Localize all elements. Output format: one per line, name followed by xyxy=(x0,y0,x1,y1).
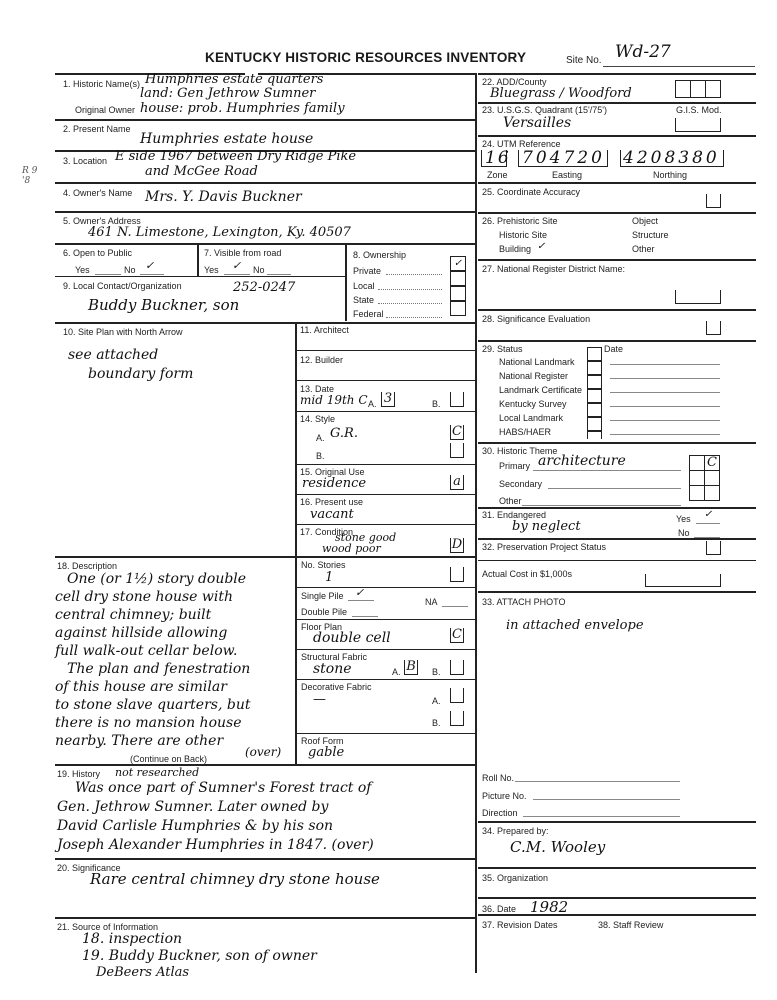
style-a-value[interactable]: G.R. xyxy=(330,426,358,441)
original-owner-line1[interactable]: land: Gen Jethrow Sumner xyxy=(140,86,315,101)
condition-code: D xyxy=(452,537,462,552)
structure-label: Structure xyxy=(632,230,669,240)
endangered-yes-line[interactable] xyxy=(696,523,720,524)
dots xyxy=(386,274,442,275)
history-line: Gen. Jethrow Sumner. Later owned by xyxy=(55,798,475,817)
structural-a-code: B xyxy=(406,659,416,674)
dots xyxy=(386,317,442,318)
local-contact-value[interactable]: Buddy Buckner, son xyxy=(88,296,239,314)
rule xyxy=(478,102,756,104)
theme-primary-line[interactable] xyxy=(533,470,681,471)
decorative-b-code-box[interactable] xyxy=(450,711,464,726)
structural-a-label: A. xyxy=(392,667,401,677)
rule xyxy=(478,507,756,509)
ownership-state-label: State xyxy=(353,295,374,305)
status-date-line[interactable] xyxy=(610,378,720,379)
rule xyxy=(478,867,756,869)
single-pile-label: Single Pile xyxy=(301,591,344,601)
site-plan-line1[interactable]: see attached xyxy=(68,347,158,363)
site-no-label: Site No. xyxy=(566,55,602,66)
object-label: Object xyxy=(632,216,658,226)
direction-line[interactable] xyxy=(523,816,680,817)
open-no-check: ✓ xyxy=(145,259,154,272)
rule xyxy=(296,679,475,680)
rule xyxy=(55,917,475,919)
quadrant-label: 23. U.S.G.S. Quadrant (15'/75') xyxy=(482,105,607,115)
description-text[interactable]: One (or 1½) story double cell dry stone … xyxy=(55,570,295,750)
rule xyxy=(478,182,756,184)
open-yes-label: Yes xyxy=(75,265,90,275)
theme-primary-value[interactable]: architecture xyxy=(538,453,626,469)
theme-code-box[interactable] xyxy=(689,455,705,471)
actual-cost-box[interactable] xyxy=(645,574,721,587)
roll-no-line[interactable] xyxy=(515,781,680,782)
coordinate-accuracy-box[interactable] xyxy=(706,194,721,208)
history-label: 19. History xyxy=(57,769,100,779)
attach-photo-label: 33. ATTACH PHOTO xyxy=(482,597,566,607)
theme-code-box[interactable]: C xyxy=(704,455,720,471)
rule xyxy=(478,897,756,899)
date-a-label: A. xyxy=(368,399,377,409)
description-line: central chimney; built xyxy=(55,606,295,624)
ownership-state-box[interactable] xyxy=(450,286,466,301)
local-contact-label: 9. Local Contact/Organization xyxy=(63,281,182,291)
rule xyxy=(478,821,756,823)
description-line: of this house are similar xyxy=(55,678,295,696)
source-line[interactable]: 19. Buddy Buckner, son of owner xyxy=(82,948,317,964)
open-to-public-label: 6. Open to Public xyxy=(63,248,132,258)
county-code-box[interactable] xyxy=(690,80,706,98)
building-check: ✓ xyxy=(537,241,545,252)
actual-cost-label: Actual Cost in $1,000s xyxy=(482,569,572,579)
date-prepared-label: 36. Date xyxy=(482,904,516,914)
floor-plan-code-box[interactable]: C xyxy=(450,628,464,643)
divider-middle xyxy=(295,322,297,764)
dots xyxy=(378,303,442,304)
present-name-value[interactable]: Humphries estate house xyxy=(140,131,313,147)
status-box[interactable] xyxy=(587,361,602,375)
rule xyxy=(478,212,756,214)
dots xyxy=(378,289,442,290)
style-b-label: B. xyxy=(316,451,325,461)
single-pile-check: ✓ xyxy=(355,586,364,599)
utm-northing[interactable]: 4208380 xyxy=(623,148,720,168)
ownership-private-box[interactable]: ✓ xyxy=(450,256,466,271)
theme-code-box[interactable] xyxy=(689,485,705,501)
preservation-status-label: 32. Preservation Project Status xyxy=(482,542,606,552)
building-label: Building xyxy=(499,244,531,254)
stories-label: No. Stories xyxy=(301,560,346,570)
status-date-line[interactable] xyxy=(610,420,720,421)
rule xyxy=(478,560,756,561)
single-pile-line[interactable] xyxy=(348,600,374,601)
visible-no-line[interactable] xyxy=(267,274,291,275)
structural-fabric-value[interactable]: stone xyxy=(313,661,352,677)
history-note[interactable]: not researched xyxy=(115,766,199,779)
status-date-line[interactable] xyxy=(610,392,720,393)
owner-name-value[interactable]: Mrs. Y. Davis Buckner xyxy=(145,189,302,205)
historic-name-label: 1. Historic Name(s) xyxy=(63,79,140,89)
rule xyxy=(55,119,475,121)
description-line: cell dry stone house with xyxy=(55,588,295,606)
description-line: One (or 1½) story double xyxy=(55,570,295,588)
date-value[interactable]: mid 19th C xyxy=(300,393,368,407)
decorative-a-label: A. xyxy=(432,696,441,706)
county-code-box[interactable] xyxy=(675,80,691,98)
divider xyxy=(345,243,347,321)
status-box[interactable] xyxy=(587,375,602,389)
open-yes-line[interactable] xyxy=(95,274,121,275)
roof-form-value[interactable]: gable xyxy=(308,745,344,760)
stories-value[interactable]: 1 xyxy=(325,570,333,585)
staff-review-label: 38. Staff Review xyxy=(598,920,663,930)
rule xyxy=(55,858,475,860)
theme-secondary-line[interactable] xyxy=(548,488,681,489)
divider xyxy=(197,243,199,276)
status-box[interactable] xyxy=(587,431,602,439)
rule xyxy=(445,119,465,120)
rule xyxy=(296,649,475,650)
rule xyxy=(478,259,756,261)
description-line: against hillside allowing xyxy=(55,624,295,642)
attach-photo-value[interactable]: in attached envelope xyxy=(506,618,644,633)
source-line[interactable]: DeBeers Atlas xyxy=(96,965,189,980)
status-item: Local Landmark xyxy=(499,413,563,423)
rule xyxy=(296,464,475,465)
local-contact-phone[interactable]: 252-0247 xyxy=(233,280,295,295)
original-use-value[interactable]: residence xyxy=(302,476,366,491)
history-line: Joseph Alexander Humphries in 1847. (ove… xyxy=(55,836,475,855)
present-name-label: 2. Present Name xyxy=(63,124,131,134)
rule xyxy=(478,914,756,916)
status-label: 29. Status xyxy=(482,344,523,354)
utm-easting[interactable]: 704720 xyxy=(522,148,605,168)
rule xyxy=(478,135,756,137)
gis-mod-box[interactable] xyxy=(675,118,721,132)
theme-primary-label: Primary xyxy=(499,461,530,471)
site-no-underline xyxy=(603,66,755,67)
endangered-no-label: No xyxy=(678,528,690,538)
rule xyxy=(296,524,475,525)
status-item: HABS/HAER xyxy=(499,427,551,437)
visible-yes-label: Yes xyxy=(204,265,219,275)
organization-label: 35. Organization xyxy=(482,873,548,883)
history-line: David Carlisle Humphries & by his son xyxy=(55,817,475,836)
status-item: Kentucky Survey xyxy=(499,399,567,409)
description-line: full walk-out cellar below. xyxy=(55,642,295,660)
utm-zone-label: Zone xyxy=(487,170,508,180)
continue-on-back: (Continue on Back) xyxy=(130,754,207,764)
date-b-label: B. xyxy=(432,399,441,409)
double-pile-label: Double Pile xyxy=(301,607,347,617)
double-pile-line[interactable] xyxy=(352,616,378,617)
quadrant-value[interactable]: Versailles xyxy=(503,115,571,131)
endangered-yes-check: ✓ xyxy=(704,509,712,520)
date-b-code-box[interactable] xyxy=(450,392,464,407)
na-label: NA xyxy=(425,597,438,607)
status-box[interactable] xyxy=(587,417,602,431)
site-plan-label: 10. Site Plan with North Arrow xyxy=(63,327,183,337)
ownership-federal-label: Federal xyxy=(353,309,384,319)
original-use-code: a xyxy=(453,474,461,489)
rule xyxy=(296,411,475,412)
structural-b-label: B. xyxy=(432,667,441,677)
style-a-code-box[interactable]: C xyxy=(450,425,464,440)
rule xyxy=(296,380,475,381)
condition-line2[interactable]: wood poor xyxy=(322,542,381,555)
theme-other-line[interactable] xyxy=(522,505,681,506)
status-item: Landmark Certificate xyxy=(499,385,582,395)
stories-code-box[interactable] xyxy=(450,567,464,582)
status-date-label: Date xyxy=(604,344,623,354)
style-b-code-box[interactable] xyxy=(450,443,464,458)
ownership-label: 8. Ownership xyxy=(353,250,406,260)
rule xyxy=(296,350,475,351)
rule xyxy=(55,322,475,324)
prepared-by-label: 34. Prepared by: xyxy=(482,826,549,836)
status-item: National Landmark xyxy=(499,357,575,367)
rule xyxy=(478,442,756,444)
rule xyxy=(296,733,475,734)
structural-a-code-box[interactable]: B xyxy=(404,660,418,675)
divider-left-right xyxy=(475,73,477,973)
margin-note: R 9 '8 xyxy=(22,166,42,186)
significance-value[interactable]: Rare central chimney dry stone house xyxy=(90,870,380,888)
rule xyxy=(55,243,475,245)
nr-district-box[interactable] xyxy=(675,290,721,304)
direction-label: Direction xyxy=(482,808,518,818)
decorative-fabric-label: Decorative Fabric xyxy=(301,682,372,692)
ownership-private-label: Private xyxy=(353,266,381,276)
rule xyxy=(55,182,475,184)
owner-address-value[interactable]: 461 N. Limestone, Lexington, Ky. 40507 xyxy=(88,225,351,240)
na-line[interactable] xyxy=(442,606,468,607)
floor-plan-code: C xyxy=(452,627,462,642)
county-value[interactable]: Bluegrass / Woodford xyxy=(490,86,632,101)
original-owner-line2[interactable]: house: prob. Humphries family xyxy=(140,101,345,116)
theme-other-label: Other xyxy=(499,496,522,506)
present-use-value[interactable]: vacant xyxy=(310,507,354,522)
description-line: The plan and fenestration xyxy=(55,660,295,678)
open-no-label: No xyxy=(124,265,136,275)
owner-name-label: 4. Owner's Name xyxy=(63,188,132,198)
style-a-code: C xyxy=(452,424,462,439)
rule xyxy=(296,587,475,588)
date-a-code: 3 xyxy=(384,391,392,406)
visible-no-label: No xyxy=(253,265,265,275)
ownership-federal-box[interactable] xyxy=(450,301,466,316)
theme-secondary-label: Secondary xyxy=(499,479,542,489)
status-item: National Register xyxy=(499,371,568,381)
rule xyxy=(296,494,475,495)
revision-dates-label: 37. Revision Dates xyxy=(482,920,558,930)
status-box[interactable] xyxy=(587,347,602,361)
condition-code-box[interactable]: D xyxy=(450,538,464,553)
location-label: 3. Location xyxy=(63,156,107,166)
ownership-local-label: Local xyxy=(353,281,375,291)
style-a-label: A. xyxy=(316,433,325,443)
preservation-status-box[interactable] xyxy=(706,541,721,555)
nr-district-label: 27. National Register District Name: xyxy=(482,264,625,274)
original-use-code-box[interactable]: a xyxy=(450,475,464,490)
builder-label: 12. Builder xyxy=(300,355,343,365)
decorative-a-code-box[interactable] xyxy=(450,688,464,703)
county-code-box[interactable] xyxy=(705,80,721,98)
prepared-by-value[interactable]: C.M. Wooley xyxy=(510,838,605,856)
rule xyxy=(478,73,756,75)
ownership-local-box[interactable] xyxy=(450,271,466,286)
significance-evaluation-box[interactable] xyxy=(706,321,721,335)
style-label: 14. Style xyxy=(300,414,335,424)
rule xyxy=(55,211,475,213)
historic-site-label: Historic Site xyxy=(499,230,547,240)
description-line: to stone slave quarters, but xyxy=(55,696,295,714)
rule xyxy=(478,591,756,593)
rule xyxy=(55,276,345,277)
picture-no-label: Picture No. xyxy=(482,791,527,801)
visible-yes-line[interactable] xyxy=(224,274,250,275)
date-a-code-box[interactable]: 3 xyxy=(381,392,395,407)
endangered-yes-label: Yes xyxy=(676,514,691,524)
rule xyxy=(296,619,475,620)
history-text[interactable]: Was once part of Sumner's Forest tract o… xyxy=(55,779,475,855)
site-no-value[interactable]: Wd-27 xyxy=(615,42,671,62)
decorative-fabric-value[interactable]: — xyxy=(313,692,326,707)
floor-plan-value[interactable]: double cell xyxy=(313,630,391,646)
utm-zone[interactable]: 16 xyxy=(485,148,511,168)
site-plan-line2[interactable]: boundary form xyxy=(88,366,193,382)
form-title: KENTUCKY HISTORIC RESOURCES INVENTORY xyxy=(205,50,526,65)
structural-b-code-box[interactable] xyxy=(450,660,464,675)
present-use-label: 16. Present use xyxy=(300,497,363,507)
source-line[interactable]: 18. inspection xyxy=(82,931,182,947)
historic-name-value[interactable]: Humphries estate quarters xyxy=(145,72,323,87)
decorative-b-label: B. xyxy=(432,718,441,728)
ownership-private-check: ✓ xyxy=(451,257,465,271)
rule xyxy=(478,538,756,540)
endangered-value[interactable]: by neglect xyxy=(512,519,581,534)
theme-code-box[interactable] xyxy=(704,485,720,501)
visible-road-label: 7. Visible from road xyxy=(204,248,281,258)
rule xyxy=(478,340,756,342)
history-line: Was once part of Sumner's Forest tract o… xyxy=(55,779,475,798)
architect-label: 11. Architect xyxy=(300,325,349,335)
original-owner-label: Original Owner xyxy=(75,105,135,115)
other-label: Other xyxy=(632,244,655,254)
prehistoric-site-label: 26. Prehistoric Site xyxy=(482,216,558,226)
rule xyxy=(55,556,475,558)
utm-northing-label: Northing xyxy=(653,170,687,180)
significance-evaluation-label: 28. Significance Evaluation xyxy=(482,314,590,324)
utm-easting-label: Easting xyxy=(552,170,582,180)
status-box[interactable] xyxy=(587,389,602,403)
status-date-line[interactable] xyxy=(610,364,720,365)
status-box[interactable] xyxy=(587,403,602,417)
picture-no-line[interactable] xyxy=(533,799,680,800)
theme-primary-code: C xyxy=(707,455,717,470)
rule xyxy=(478,309,756,311)
description-line: there is no mansion house xyxy=(55,714,295,732)
coordinate-accuracy-label: 25. Coordinate Accuracy xyxy=(482,187,580,197)
visible-yes-check: ✓ xyxy=(232,259,241,272)
gis-mod-label: G.I.S. Mod. xyxy=(676,105,722,115)
roll-no-label: Roll No. xyxy=(482,773,514,783)
theme-code-box[interactable] xyxy=(704,470,720,486)
theme-code-box[interactable] xyxy=(689,470,705,486)
location-line1[interactable]: E side 1967 between Dry Ridge Pike xyxy=(115,149,356,164)
open-no-line[interactable] xyxy=(140,274,164,275)
status-date-line[interactable] xyxy=(610,406,720,407)
status-date-line[interactable] xyxy=(610,434,720,435)
description-over: (over) xyxy=(245,745,281,759)
location-line2[interactable]: and McGee Road xyxy=(145,164,258,179)
